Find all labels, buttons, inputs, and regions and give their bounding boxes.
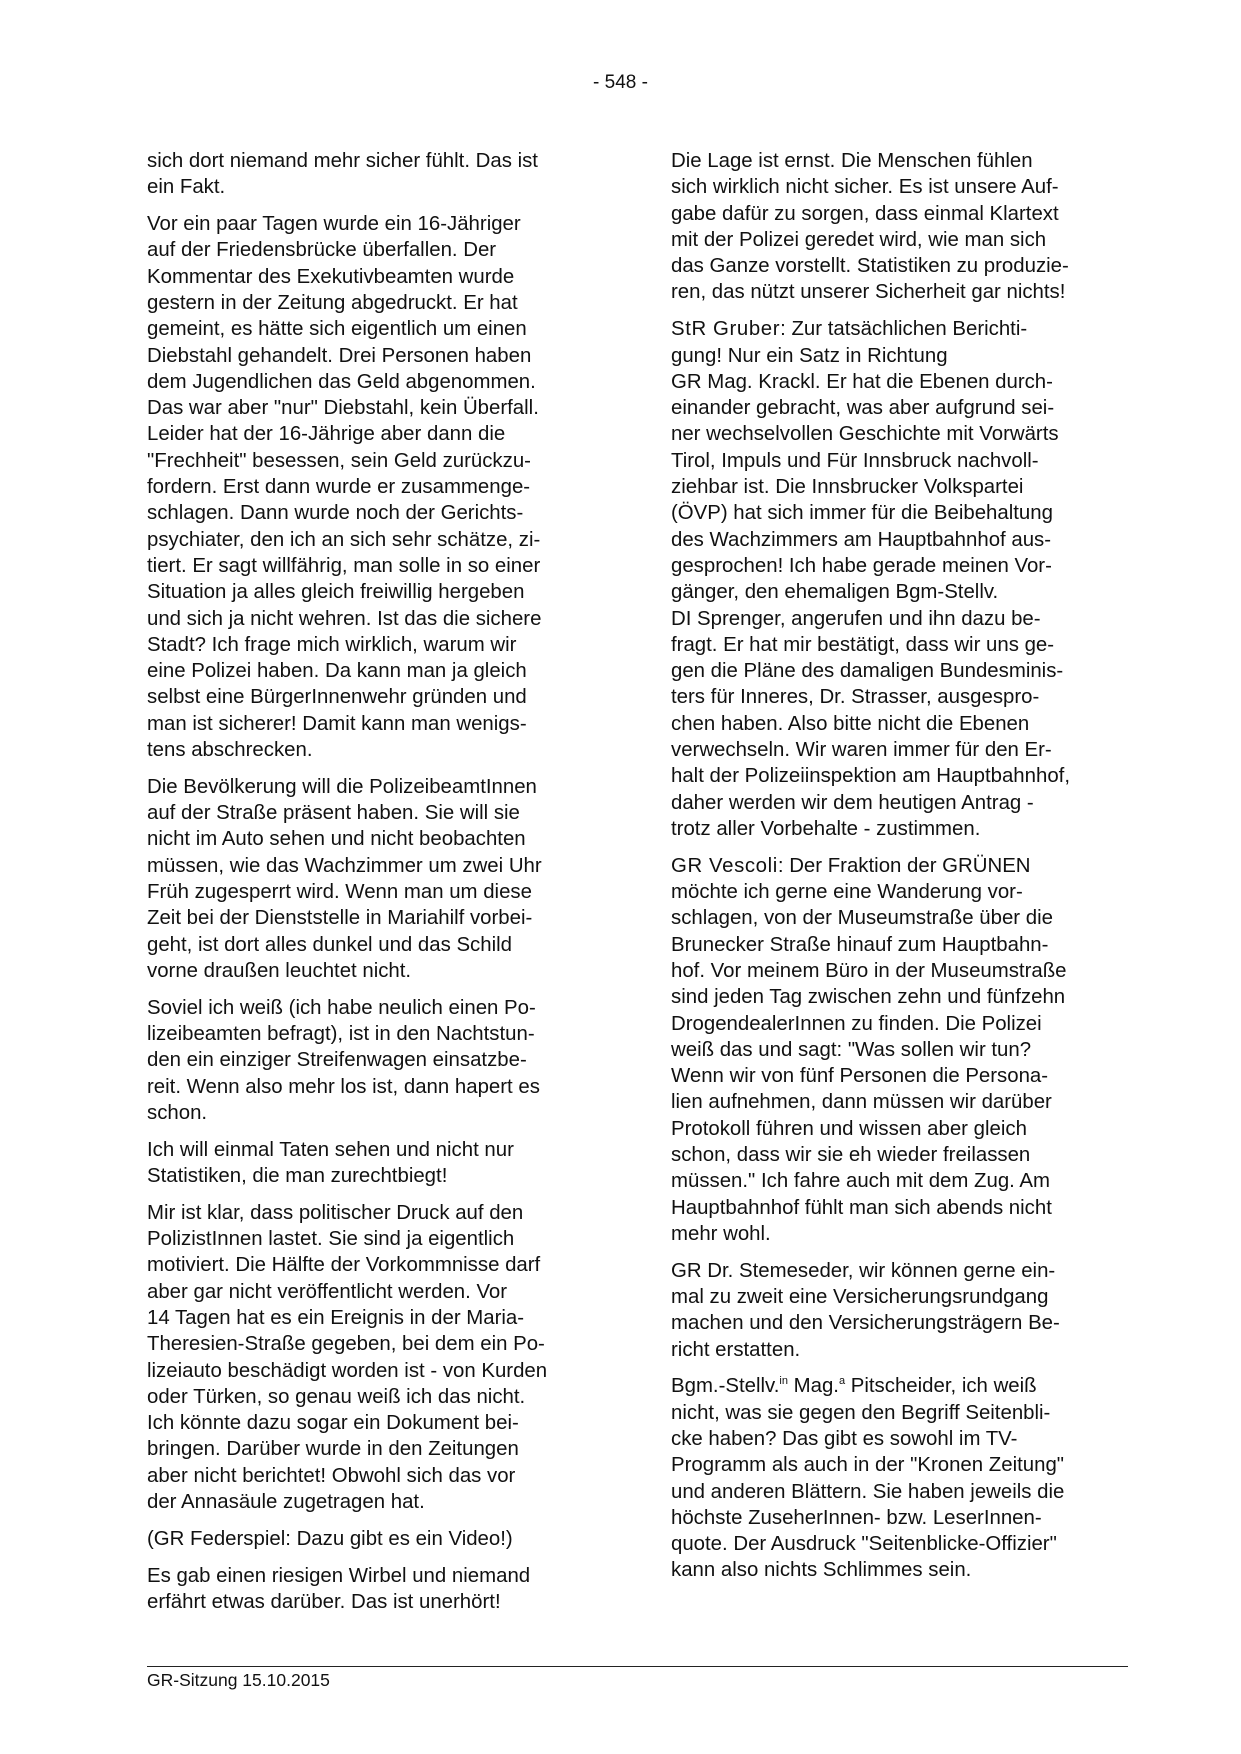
footer-text: GR-Sitzung 15.10.2015 <box>147 1670 330 1691</box>
paragraph-line: schon. <box>147 1100 597 1126</box>
paragraph-line: tens abschrecken. <box>147 737 597 763</box>
paragraph-line: mehr wohl. <box>671 1221 1121 1247</box>
paragraph-line: kann also nichts Schlimmes sein. <box>671 1557 1121 1583</box>
paragraph-vescoli: GR Vescoli: Der Fraktion der GRÜNEN möch… <box>671 853 1121 1247</box>
paragraph-line: ren, das nützt unserer Sicherheit gar ni… <box>671 279 1121 305</box>
paragraph-line: den ein einziger Streifenwagen einsatzbe… <box>147 1047 597 1073</box>
paragraph-line: gesprochen! Ich habe gerade meinen Vor- <box>671 553 1121 579</box>
paragraph: Die Lage ist ernst. Die Menschen fühlens… <box>671 148 1121 306</box>
speaker-name: StR Gruber <box>671 318 780 340</box>
paragraph-line: trotz aller Vorbehalte - zustimmen. <box>671 816 1121 842</box>
paragraph: Mir ist klar, dass politischer Druck auf… <box>147 1200 597 1516</box>
paragraph-line: selbst eine BürgerInnenwehr gründen und <box>147 684 597 710</box>
paragraph: Vor ein paar Tagen wurde ein 16-Jähriger… <box>147 211 597 763</box>
left-column: sich dort niemand mehr sicher fühlt. Das… <box>147 148 597 1626</box>
paragraph-line: (ÖVP) hat sich immer für die Beibehaltun… <box>671 500 1121 526</box>
paragraph-line: chen haben. Also bitte nicht die Ebenen <box>671 711 1121 737</box>
paragraph: GR Dr. Stemeseder, wir können gerne ein-… <box>671 1258 1121 1363</box>
paragraph-line: verwechseln. Wir waren immer für den Er- <box>671 737 1121 763</box>
paragraph-line: Hauptbahnhof fühlt man sich abends nicht <box>671 1195 1121 1221</box>
paragraph-line: ziehbar ist. Die Innsbrucker Volkspartei <box>671 474 1121 500</box>
paragraph-line: eine Polizei haben. Da kann man ja gleic… <box>147 658 597 684</box>
paragraph-line: ein Fakt. <box>147 174 597 200</box>
paragraph-line: Diebstahl gehandelt. Drei Personen haben <box>147 343 597 369</box>
paragraph-line: nicht im Auto sehen und nicht beobachten <box>147 826 597 852</box>
paragraph-pitscheider: Bgm.-Stellv.in Mag.a Pitscheider, ich we… <box>671 1373 1121 1583</box>
paragraph-line: halt der Polizeiinspektion am Hauptbahnh… <box>671 763 1121 789</box>
paragraph-line: Ich will einmal Taten sehen und nicht nu… <box>147 1137 597 1163</box>
paragraph-line: das Ganze vorstellt. Statistiken zu prod… <box>671 253 1121 279</box>
paragraph-line: GR Mag. Krackl. Er hat die Ebenen durch- <box>671 369 1121 395</box>
paragraph-line: der Annasäule zugetragen hat. <box>147 1489 597 1515</box>
paragraph-line: Stadt? Ich frage mich wirklich, warum wi… <box>147 632 597 658</box>
paragraph-line: "Frechheit" besessen, sein Geld zurückzu… <box>147 448 597 474</box>
paragraph: Es gab einen riesigen Wirbel und niemand… <box>147 1563 597 1616</box>
paragraph-line: bringen. Darüber wurde in den Zeitungen <box>147 1436 597 1462</box>
paragraph-line: StR Gruber: Zur tatsächlichen Berichti- <box>671 316 1121 342</box>
paragraph-line: GR Dr. Stemeseder, wir können gerne ein- <box>671 1258 1121 1284</box>
paragraph-line: Situation ja alles gleich freiwillig her… <box>147 579 597 605</box>
paragraph-line: mal zu zweit eine Versicherungsrundgang <box>671 1284 1121 1310</box>
paragraph-line: und anderen Blättern. Sie haben jeweils … <box>671 1479 1121 1505</box>
paragraph-line: nicht, was sie gegen den Begriff Seitenb… <box>671 1400 1121 1426</box>
paragraph-line: schlagen. Dann wurde noch der Gerichts- <box>147 500 597 526</box>
paragraph-line: sich dort niemand mehr sicher fühlt. Das… <box>147 148 597 174</box>
paragraph-line: dem Jugendlichen das Geld abgenommen. <box>147 369 597 395</box>
paragraph-line: geht, ist dort alles dunkel und das Schi… <box>147 932 597 958</box>
paragraph-line: sind jeden Tag zwischen zehn und fünfzeh… <box>671 984 1121 1010</box>
paragraph-line: schon, dass wir sie eh wieder freilassen <box>671 1142 1121 1168</box>
paragraph-line: müssen." Ich fahre auch mit dem Zug. Am <box>671 1168 1121 1194</box>
paragraph-line: aber gar nicht veröffentlicht werden. Vo… <box>147 1279 597 1305</box>
paragraph: sich dort niemand mehr sicher fühlt. Das… <box>147 148 597 201</box>
paragraph-line: Es gab einen riesigen Wirbel und niemand <box>147 1563 597 1589</box>
paragraph-line: DrogendealerInnen zu finden. Die Polizei <box>671 1011 1121 1037</box>
paragraph-line: DI Sprenger, angerufen und ihn dazu be- <box>671 606 1121 632</box>
paragraph-line: psychiater, den ich an sich sehr schätze… <box>147 527 597 553</box>
paragraph-line: Kommentar des Exekutivbeamten wurde <box>147 264 597 290</box>
paragraph-line: einander gebracht, was aber aufgrund sei… <box>671 395 1121 421</box>
paragraph-line: Zeit bei der Dienststelle in Mariahilf v… <box>147 905 597 931</box>
paragraph-line: lizeibeamten befragt), ist in den Nachts… <box>147 1021 597 1047</box>
paragraph-line: Protokoll führen und wissen aber gleich <box>671 1116 1121 1142</box>
paragraph-line: möchte ich gerne eine Wanderung vor- <box>671 879 1121 905</box>
paragraph-line: Die Lage ist ernst. Die Menschen fühlen <box>671 148 1121 174</box>
paragraph-line: hof. Vor meinem Büro in der Museumstraße <box>671 958 1121 984</box>
paragraph-line: oder Türken, so genau weiß ich das nicht… <box>147 1384 597 1410</box>
paragraph-line: Soviel ich weiß (ich habe neulich einen … <box>147 995 597 1021</box>
paragraph-line: Vor ein paar Tagen wurde ein 16-Jähriger <box>147 211 597 237</box>
paragraph-line: Bgm.-Stellv.in Mag.a Pitscheider, ich we… <box>671 1373 1121 1399</box>
paragraph-line: ters für Inneres, Dr. Strasser, ausgespr… <box>671 684 1121 710</box>
speaker-name: GR Vescoli <box>671 855 778 877</box>
paragraph-line: lizeiauto beschädigt worden ist - von Ku… <box>147 1358 597 1384</box>
paragraph-line: mit der Polizei geredet wird, wie man si… <box>671 227 1121 253</box>
paragraph-line: quote. Der Ausdruck "Seitenblicke-Offizi… <box>671 1531 1121 1557</box>
paragraph-line: Früh zugesperrt wird. Wenn man um diese <box>147 879 597 905</box>
paragraph: Soviel ich weiß (ich habe neulich einen … <box>147 995 597 1126</box>
paragraph-line: daher werden wir dem heutigen Antrag - <box>671 790 1121 816</box>
paragraph-line: ner wechselvollen Geschichte mit Vorwärt… <box>671 421 1121 447</box>
paragraph-line: lien aufnehmen, dann müssen wir darüber <box>671 1089 1121 1115</box>
paragraph-line: höchste ZuseherInnen- bzw. LeserInnen- <box>671 1505 1121 1531</box>
page-number: - 548 - <box>0 72 1241 94</box>
paragraph-line: erfährt etwas darüber. Das ist unerhört! <box>147 1589 597 1615</box>
paragraph-gruber: StR Gruber: Zur tatsächlichen Berichti- … <box>671 316 1121 842</box>
paragraph-line: gabe dafür zu sorgen, dass einmal Klarte… <box>671 201 1121 227</box>
paragraph-line: Die Bevölkerung will die PolizeibeamtInn… <box>147 774 597 800</box>
paragraph-line: motiviert. Die Hälfte der Vorkommnisse d… <box>147 1252 597 1278</box>
paragraph-line: und sich ja nicht wehren. Ist das die si… <box>147 606 597 632</box>
paragraph-line: gemeint, es hätte sich eigentlich um ein… <box>147 316 597 342</box>
paragraph: Die Bevölkerung will die PolizeibeamtInn… <box>147 774 597 984</box>
paragraph-line: man ist sicherer! Damit kann man wenigs- <box>147 711 597 737</box>
paragraph-line: Das war aber "nur" Diebstahl, kein Überf… <box>147 395 597 421</box>
right-column: Die Lage ist ernst. Die Menschen fühlens… <box>671 148 1121 1594</box>
paragraph-line: Ich könnte dazu sogar ein Dokument bei- <box>147 1410 597 1436</box>
paragraph-line: Mir ist klar, dass politischer Druck auf… <box>147 1200 597 1226</box>
paragraph-line: richt erstatten. <box>671 1337 1121 1363</box>
paragraph-line: weiß das und sagt: "Was sollen wir tun? <box>671 1037 1121 1063</box>
paragraph-line: Leider hat der 16-Jährige aber dann die <box>147 421 597 447</box>
paragraph-line: vorne draußen leuchtet nicht. <box>147 958 597 984</box>
paragraph-line: Programm als auch in der "Kronen Zeitung… <box>671 1452 1121 1478</box>
paragraph-line: 14 Tagen hat es ein Ereignis in der Mari… <box>147 1305 597 1331</box>
paragraph-line: Theresien-Straße gegeben, bei dem ein Po… <box>147 1331 597 1357</box>
paragraph-line: gen die Pläne des damaligen Bundesminis- <box>671 658 1121 684</box>
paragraph-line: gestern in der Zeitung abgedruckt. Er ha… <box>147 290 597 316</box>
paragraph-line: machen und den Versicherungsträgern Be- <box>671 1310 1121 1336</box>
paragraph-line: Statistiken, die man zurechtbiegt! <box>147 1163 597 1189</box>
footer-divider <box>147 1666 1128 1667</box>
paragraph-line: fragt. Er hat mir bestätigt, dass wir un… <box>671 632 1121 658</box>
paragraph-line: müssen, wie das Wachzimmer um zwei Uhr <box>147 853 597 879</box>
paragraph-line: Brunecker Straße hinauf zum Hauptbahn- <box>671 932 1121 958</box>
paragraph-line: auf der Straße präsent haben. Sie will s… <box>147 800 597 826</box>
paragraph-line: auf der Friedensbrücke überfallen. Der <box>147 237 597 263</box>
paragraph-line: des Wachzimmers am Hauptbahnhof aus- <box>671 527 1121 553</box>
paragraph: (GR Federspiel: Dazu gibt es ein Video!) <box>147 1526 597 1552</box>
paragraph: Ich will einmal Taten sehen und nicht nu… <box>147 1137 597 1190</box>
paragraph-line: Tirol, Impuls und Für Innsbruck nachvoll… <box>671 448 1121 474</box>
paragraph-line: aber nicht berichtet! Obwohl sich das vo… <box>147 1463 597 1489</box>
paragraph-line: gänger, den ehemaligen Bgm-Stellv. <box>671 579 1121 605</box>
paragraph-line: cke haben? Das gibt es sowohl im TV- <box>671 1426 1121 1452</box>
paragraph-line: (GR Federspiel: Dazu gibt es ein Video!) <box>147 1526 597 1552</box>
paragraph-line: GR Vescoli: Der Fraktion der GRÜNEN <box>671 853 1121 879</box>
paragraph-line: sich wirklich nicht sicher. Es ist unser… <box>671 174 1121 200</box>
paragraph-line: schlagen, von der Museumstraße über die <box>671 905 1121 931</box>
paragraph-line: Wenn wir von fünf Personen die Persona- <box>671 1063 1121 1089</box>
paragraph-line: fordern. Erst dann wurde er zusammenge- <box>147 474 597 500</box>
paragraph-line: reit. Wenn also mehr los ist, dann haper… <box>147 1074 597 1100</box>
paragraph-line: gung! Nur ein Satz in Richtung <box>671 343 1121 369</box>
paragraph-line: PolizistInnen lastet. Sie sind ja eigent… <box>147 1226 597 1252</box>
paragraph-line: tiert. Er sagt willfährig, man solle in … <box>147 553 597 579</box>
